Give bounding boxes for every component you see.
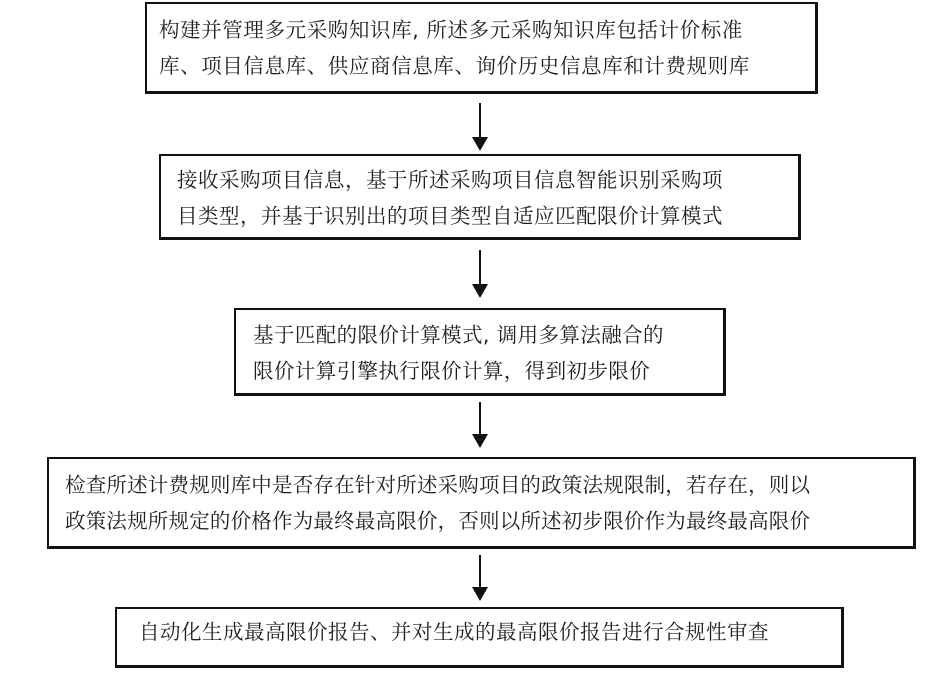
arrow-down-icon [472,103,488,151]
arrow-down-icon [472,250,488,298]
flow-step-5-text: 自动化生成最高限价报告、并对生成的最高限价报告进行合规性审查 [117,614,841,650]
flow-step-5-box: 自动化生成最高限价报告、并对生成的最高限价报告进行合规性审查 [115,607,844,668]
arrow-shaft [479,402,481,436]
flow-step-3-text: 基于匹配的限价计算模式, 调用多算法融合的 限价计算引擎执行限价计算，得到初步限… [236,317,723,389]
arrow-head [472,587,488,601]
flow-step-2-text: 接收采购项目信息，基于所述采购项目信息智能识别采购项 目类型，并基于识别出的项目… [161,162,798,234]
arrow-shaft [479,555,481,589]
arrow-shaft [479,250,481,286]
flow-step-4-box: 检查所述计费规则库中是否存在针对所述采购项目的政策法规限制，若存在，则以 政策法… [47,457,916,549]
arrow-head [472,137,488,151]
flow-step-1-box: 构建并管理多元采购知识库, 所述多元采购知识库包括计价标准 库、项目信息库、供应… [145,2,818,94]
flow-step-2-box: 接收采购项目信息，基于所述采购项目信息智能识别采购项 目类型，并基于识别出的项目… [159,154,801,240]
flow-step-4-text: 检查所述计费规则库中是否存在针对所述采购项目的政策法规限制，若存在，则以 政策法… [49,467,913,539]
arrow-down-icon [472,402,488,448]
flow-step-1-text: 构建并管理多元采购知识库, 所述多元采购知识库包括计价标准 库、项目信息库、供应… [147,12,815,84]
arrow-shaft [479,103,481,139]
arrow-head [472,284,488,298]
flow-step-3-box: 基于匹配的限价计算模式, 调用多算法融合的 限价计算引擎执行限价计算，得到初步限… [234,308,726,396]
arrow-head [472,434,488,448]
arrow-down-icon [472,555,488,601]
